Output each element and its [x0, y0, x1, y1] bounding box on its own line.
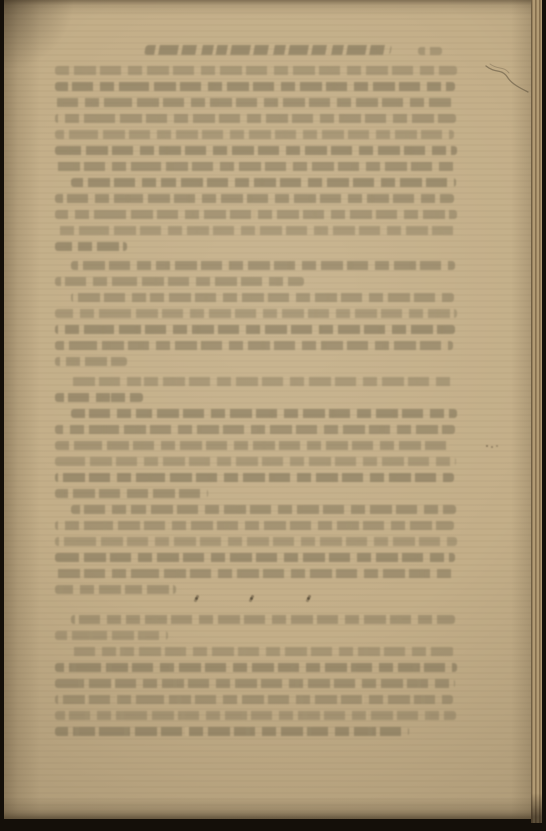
- pencil-scribble: [482, 58, 532, 98]
- text-line: [55, 473, 454, 482]
- text-line: [55, 114, 456, 123]
- text-line: [55, 98, 453, 107]
- text-line: [71, 409, 457, 418]
- text-line: [71, 647, 454, 656]
- text-line: [55, 66, 457, 75]
- text-line: [55, 631, 168, 640]
- text-line: [55, 325, 455, 334]
- text-line: [55, 521, 454, 530]
- text-line: [55, 146, 457, 155]
- text-line: [55, 585, 176, 594]
- section-break-mark: [307, 597, 310, 600]
- text-line: [55, 130, 454, 139]
- running-title: [144, 45, 392, 55]
- text-line: [55, 242, 127, 251]
- text-line: [55, 277, 304, 286]
- text-line: [55, 457, 456, 466]
- text-line: [55, 569, 453, 578]
- text-line: [55, 727, 409, 736]
- text-line: [55, 162, 455, 171]
- text-line: [55, 393, 143, 402]
- text-line: [55, 553, 455, 562]
- book-fore-edge: [531, 0, 542, 823]
- book-scan: [0, 0, 546, 831]
- text-line: [71, 261, 455, 270]
- text-line: [71, 377, 453, 386]
- text-line: [55, 194, 454, 203]
- text-line: [71, 505, 456, 514]
- text-line: [55, 711, 456, 720]
- text-line: [55, 226, 455, 235]
- text-line: [71, 615, 455, 624]
- book-page: [4, 0, 531, 819]
- section-break-mark: [250, 597, 253, 600]
- text-line: [71, 178, 456, 187]
- text-line: [55, 695, 453, 704]
- page-number: [418, 47, 442, 55]
- text-line: [55, 210, 457, 219]
- text-line: [55, 537, 457, 546]
- text-line: [55, 679, 455, 688]
- text-line: [55, 82, 455, 91]
- text-line: [55, 341, 453, 350]
- text-line: [55, 489, 208, 498]
- section-break-mark: [195, 597, 198, 600]
- text-line: [55, 357, 127, 366]
- text-line: [55, 425, 455, 434]
- text-line: [55, 441, 453, 450]
- text-line: [55, 663, 457, 672]
- smudge-mark: [486, 445, 488, 447]
- text-line: [55, 309, 457, 318]
- text-line: [71, 293, 454, 302]
